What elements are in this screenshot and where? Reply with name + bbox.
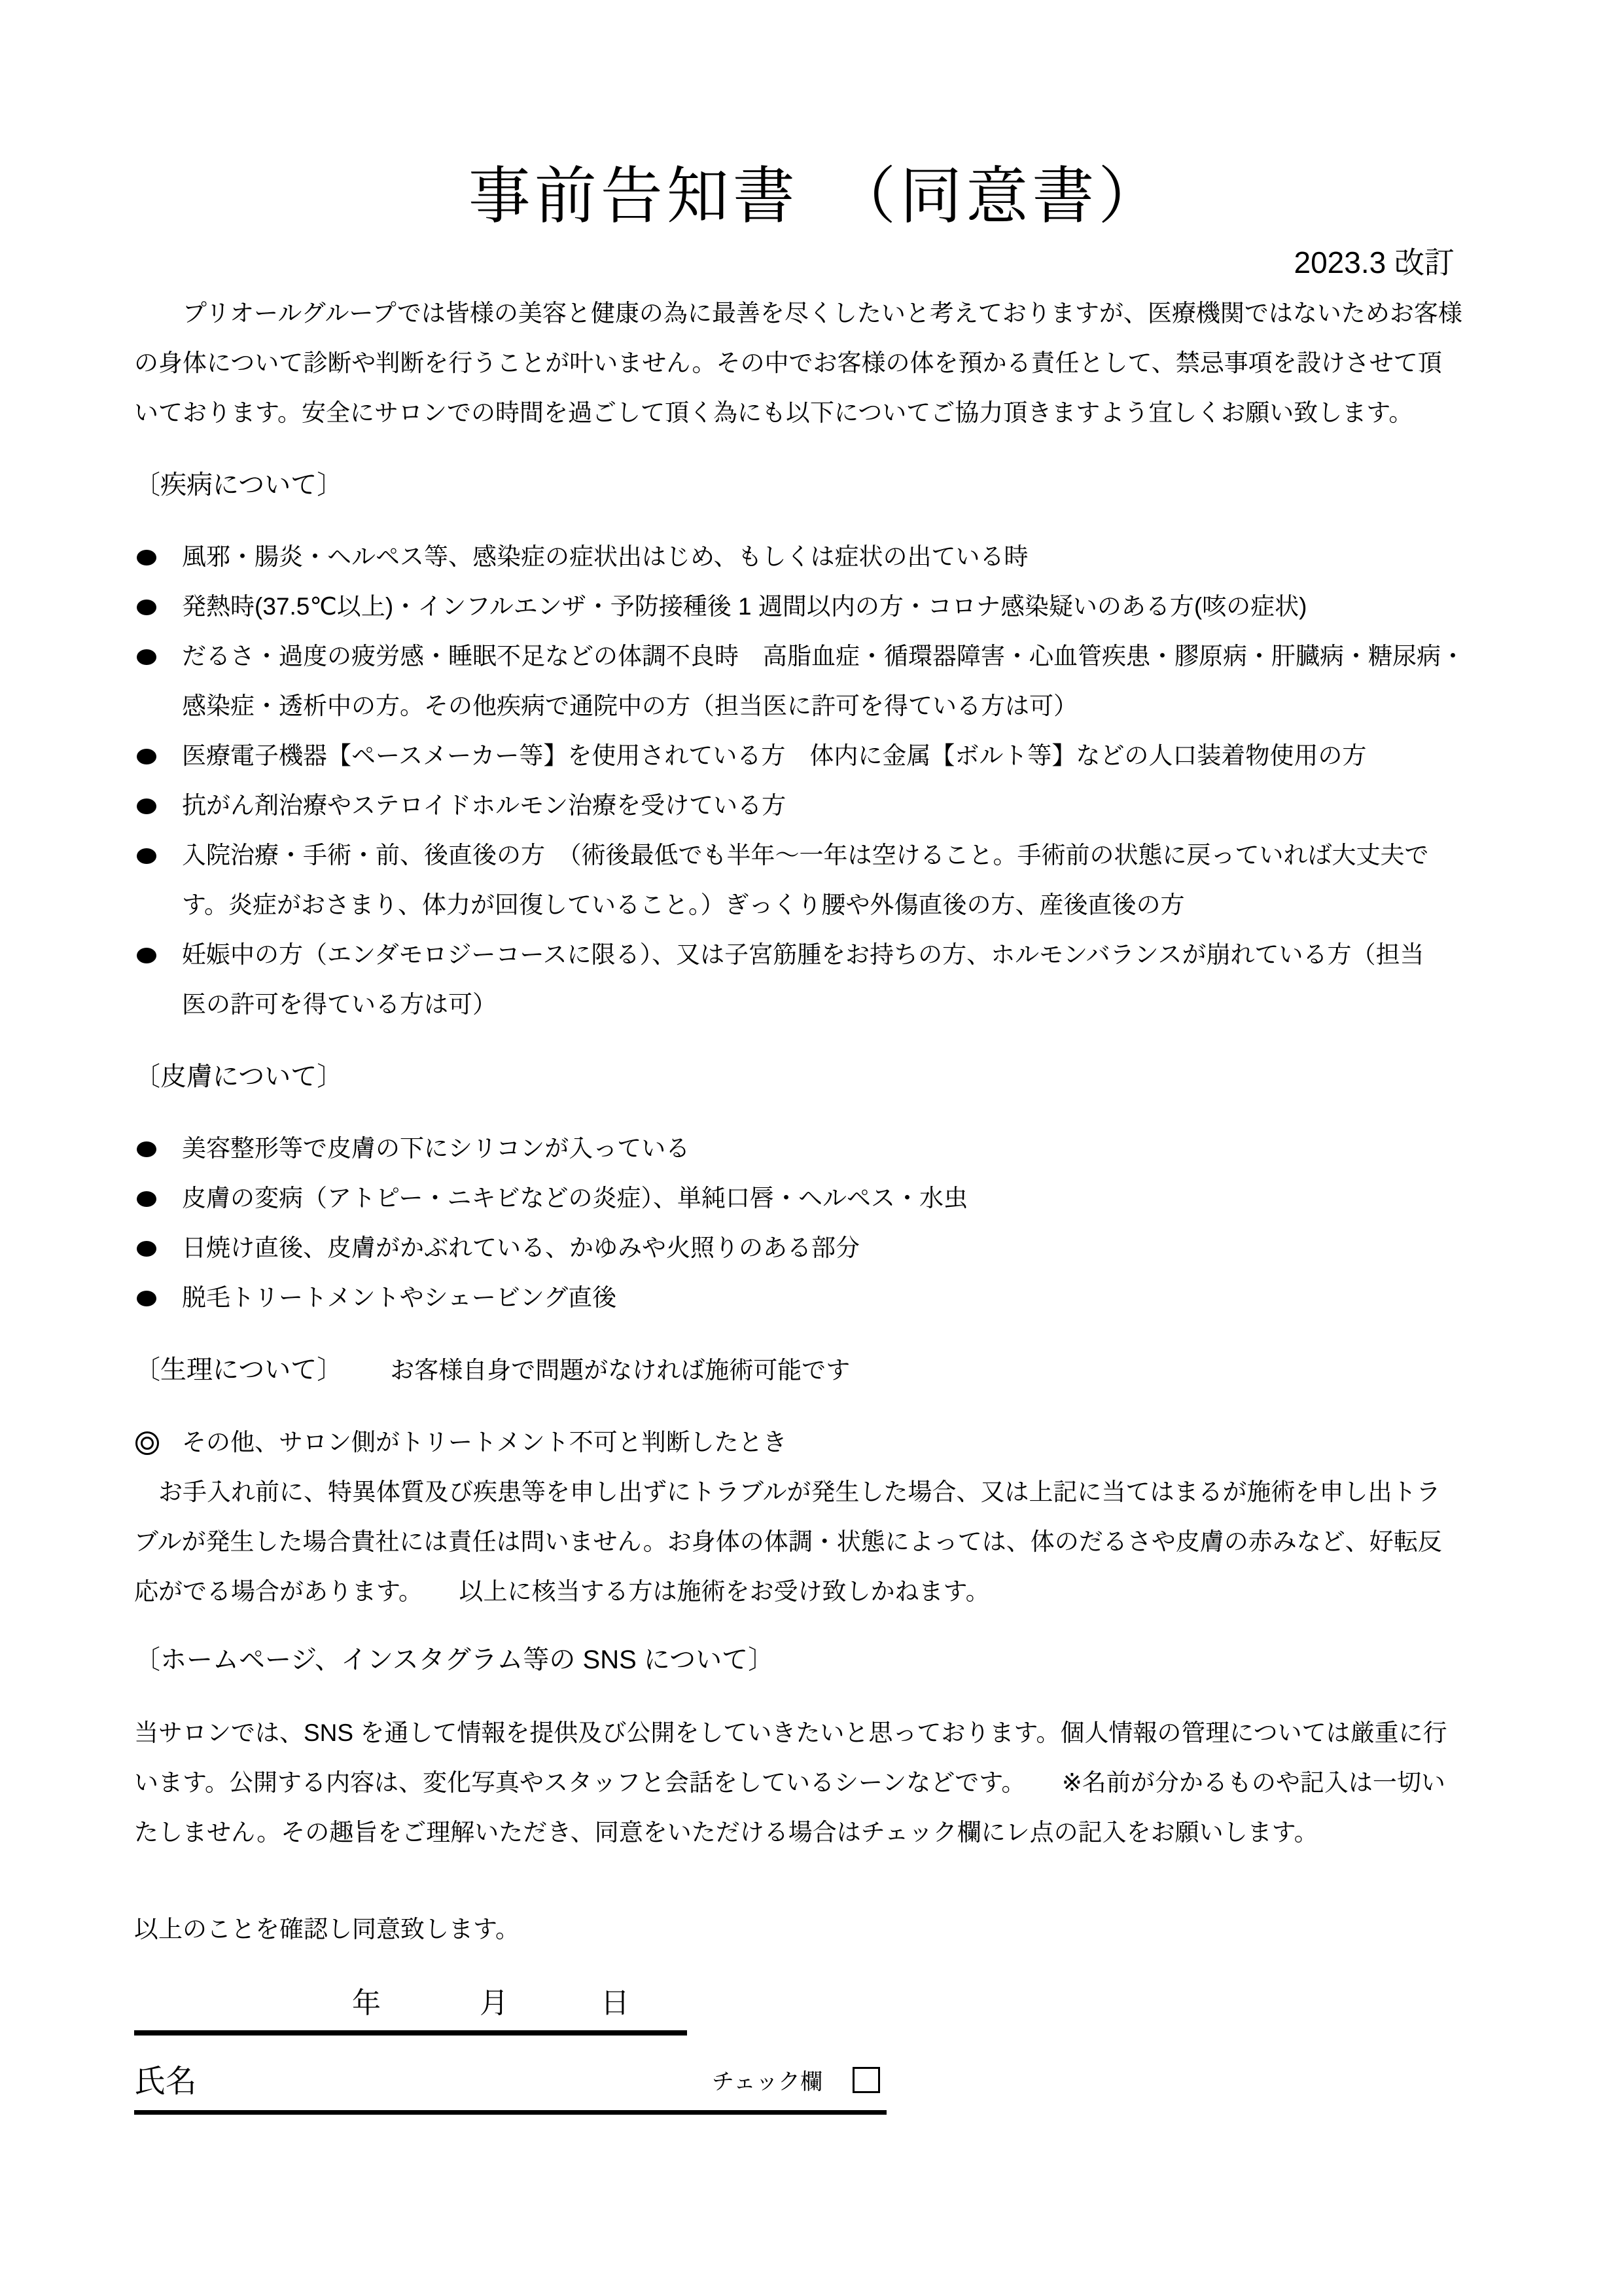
list-item: 発熱時(37.5℃以上)・インフルエンザ・予防接種後 1 週間以内の方・コロナ感… bbox=[134, 582, 1498, 632]
bullet-icon bbox=[137, 798, 156, 814]
disclaimer-paragraph: お手入れ前に、特異体質及び疾患等を申し出ずにトラブルが発生した場合、又は上記に当… bbox=[134, 1467, 1498, 1617]
section-heading-menstruation: 〔生理について〕 bbox=[134, 1355, 343, 1384]
menstruation-row: 〔生理について〕お客様自身で問題がなければ施術可能です bbox=[134, 1345, 1498, 1395]
document-page: 事前告知書 （同意書） 2023.3 改訂 プリオールグループでは皆様の美容と健… bbox=[0, 0, 1624, 2296]
bullet-icon bbox=[137, 1191, 156, 1207]
bullet-text: だるさ・過度の疲労感・睡眠不足などの体調不良時 高脂血症・循環器障害・心血管疾患… bbox=[182, 632, 1498, 731]
list-item: 脱毛トリートメントやシェービング直後 bbox=[134, 1273, 1498, 1323]
bullet-text: 風邪・腸炎・ヘルペス等、感染症の症状出はじめ、もしくは症状の出ている時 bbox=[182, 532, 1498, 582]
section-heading-sns: 〔ホームページ、インスタグラム等の SNS について〕 bbox=[134, 1635, 1498, 1685]
list-item: 皮膚の変病（アトピー・ニキビなどの炎症）、単純口唇・ヘルペス・水虫 bbox=[134, 1174, 1498, 1223]
page-title: 事前告知書 （同意書） bbox=[134, 160, 1498, 232]
skin-bullet-list: 美容整形等で皮膚の下にシリコンが入っている 皮膚の変病（アトピー・ニキビなどの炎… bbox=[134, 1124, 1498, 1323]
year-label: 年 bbox=[352, 1981, 381, 2026]
confirmation-statement: 以上のことを確認し同意致します。 bbox=[134, 1905, 1498, 1954]
bullet-text: 妊娠中の方（エンダモロジーコースに限る）、又は子宮筋腫をお持ちの方、ホルモンバラ… bbox=[182, 930, 1498, 1030]
name-label: 氏名 bbox=[134, 2060, 197, 2104]
name-signature-line[interactable]: 氏名 チェック欄 bbox=[134, 2060, 887, 2115]
other-note-text: その他、サロン側がトリートメント不可と判断したとき bbox=[182, 1418, 1498, 1467]
consent-checkbox[interactable] bbox=[853, 2067, 880, 2093]
bullet-text: 抗がん剤治療やステロイドホルモン治療を受けている方 bbox=[182, 781, 1498, 831]
bullet-icon bbox=[137, 600, 156, 615]
other-note-row: その他、サロン側がトリートメント不可と判断したとき bbox=[134, 1418, 1498, 1467]
disease-bullet-list: 風邪・腸炎・ヘルペス等、感染症の症状出はじめ、もしくは症状の出ている時 発熱時(… bbox=[134, 532, 1498, 1030]
list-item: 入院治療・手術・前、後直後の方 （術後最低でも半年～一年は空けること。手術前の状… bbox=[134, 831, 1498, 930]
bullet-icon bbox=[137, 749, 156, 764]
bullet-icon bbox=[137, 948, 156, 963]
bullet-text: 医療電子機器【ペースメーカー等】を使用されている方 体内に金属【ボルト等】などの… bbox=[182, 731, 1498, 781]
list-item: 抗がん剤治療やステロイドホルモン治療を受けている方 bbox=[134, 781, 1498, 831]
bullet-icon bbox=[137, 1241, 156, 1257]
bullet-text: 皮膚の変病（アトピー・ニキビなどの炎症）、単純口唇・ヘルペス・水虫 bbox=[182, 1174, 1498, 1223]
menstruation-note: お客様自身で問題がなければ施術可能です bbox=[390, 1357, 850, 1384]
list-item: 美容整形等で皮膚の下にシリコンが入っている bbox=[134, 1124, 1498, 1174]
list-item: 日焼け直後、皮膚がかぶれている、かゆみや火照りのある部分 bbox=[134, 1223, 1498, 1273]
bullet-icon bbox=[137, 1141, 156, 1157]
bullet-text: 日焼け直後、皮膚がかぶれている、かゆみや火照りのある部分 bbox=[182, 1223, 1498, 1273]
date-signature-line[interactable]: 年 月 日 bbox=[134, 1981, 687, 2036]
bullet-icon bbox=[137, 848, 156, 864]
list-item: だるさ・過度の疲労感・睡眠不足などの体調不良時 高脂血症・循環器障害・心血管疾患… bbox=[134, 632, 1498, 731]
list-item: 医療電子機器【ペースメーカー等】を使用されている方 体内に金属【ボルト等】などの… bbox=[134, 731, 1498, 781]
check-label: チェック欄 bbox=[712, 2068, 822, 2096]
month-label: 月 bbox=[480, 1981, 508, 2026]
section-heading-skin: 〔皮膚について〕 bbox=[134, 1052, 1498, 1102]
list-item: 妊娠中の方（エンダモロジーコースに限る）、又は子宮筋腫をお持ちの方、ホルモンバラ… bbox=[134, 930, 1498, 1030]
bullet-text: 美容整形等で皮膚の下にシリコンが入っている bbox=[182, 1124, 1498, 1174]
double-circle-icon bbox=[135, 1431, 159, 1455]
bullet-icon bbox=[137, 1291, 156, 1306]
bullet-icon bbox=[137, 649, 156, 665]
day-label: 日 bbox=[601, 1981, 629, 2026]
bullet-icon bbox=[137, 550, 156, 565]
section-heading-disease: 〔疾病について〕 bbox=[134, 460, 1498, 510]
sns-paragraph: 当サロンでは、SNS を通して情報を提供及び公開をしていきたいと思っております。… bbox=[134, 1708, 1498, 1857]
bullet-text: 脱毛トリートメントやシェービング直後 bbox=[182, 1273, 1498, 1323]
bullet-text: 入院治療・手術・前、後直後の方 （術後最低でも半年～一年は空けること。手術前の状… bbox=[182, 831, 1498, 930]
list-item: 風邪・腸炎・ヘルペス等、感染症の症状出はじめ、もしくは症状の出ている時 bbox=[134, 532, 1498, 582]
revision-note: 2023.3 改訂 bbox=[134, 244, 1498, 281]
bullet-text: 発熱時(37.5℃以上)・インフルエンザ・予防接種後 1 週間以内の方・コロナ感… bbox=[182, 582, 1498, 632]
intro-paragraph: プリオールグループでは皆様の美容と健康の為に最善を尽くしたいと考えておりますが、… bbox=[134, 289, 1498, 438]
